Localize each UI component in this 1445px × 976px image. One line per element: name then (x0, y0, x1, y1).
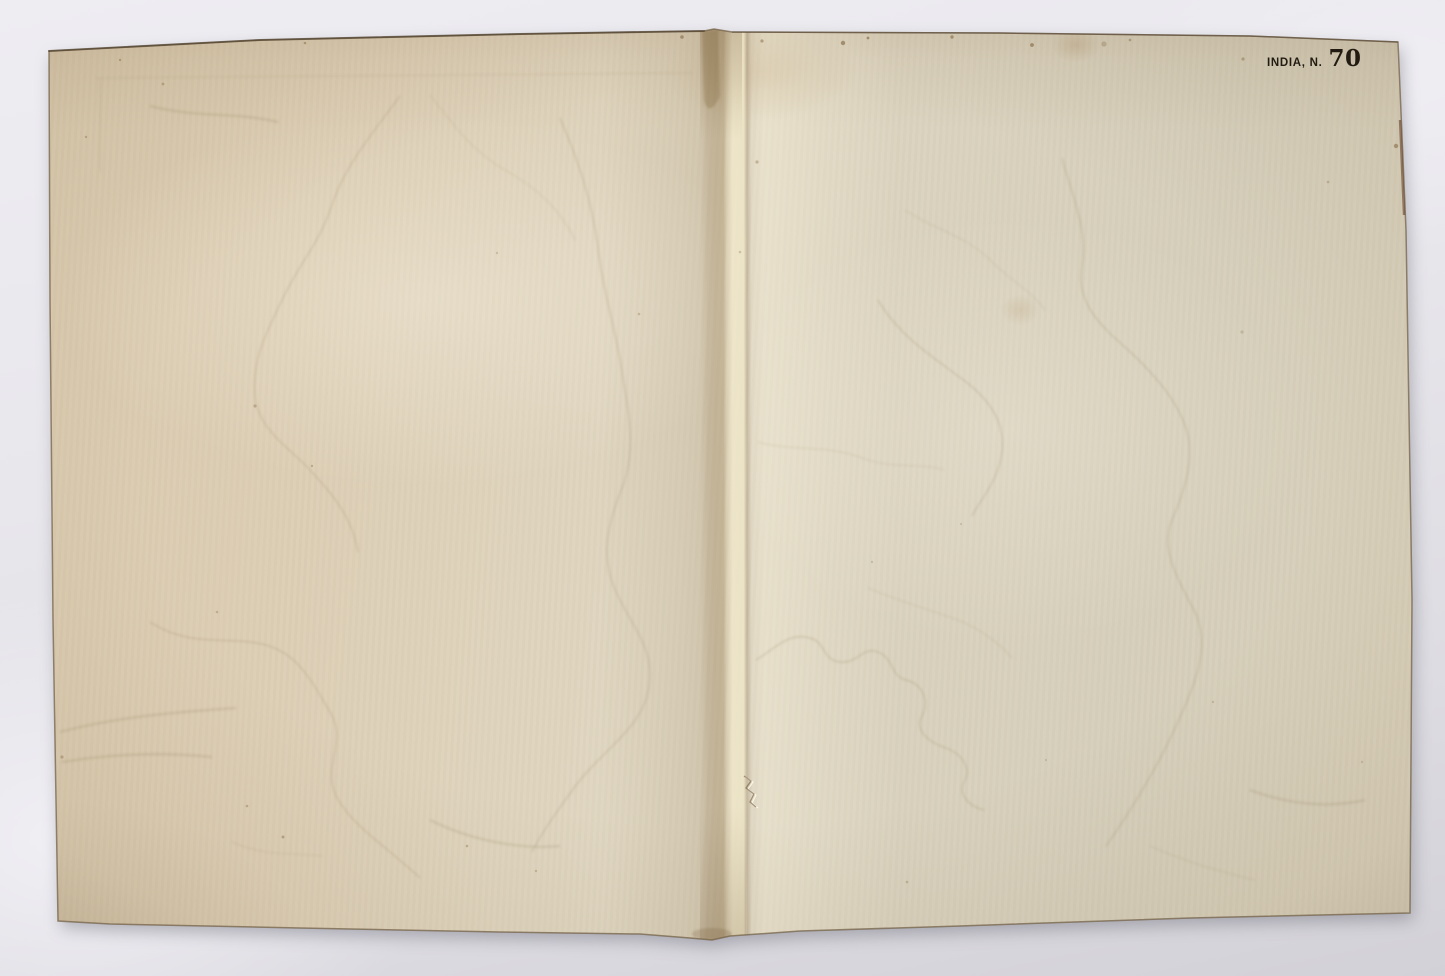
map-sheet-verso (0, 0, 1445, 976)
center-fold-crease (700, 0, 756, 976)
map-sheet-shadow-wrap (0, 0, 1445, 976)
plate-label: INDIA, N. 70 (1267, 45, 1362, 72)
photo-backdrop: INDIA, N. 70 (0, 0, 1445, 976)
plate-label-text: INDIA, N. (1267, 57, 1323, 69)
plate-number-text: 70 (1329, 45, 1362, 72)
